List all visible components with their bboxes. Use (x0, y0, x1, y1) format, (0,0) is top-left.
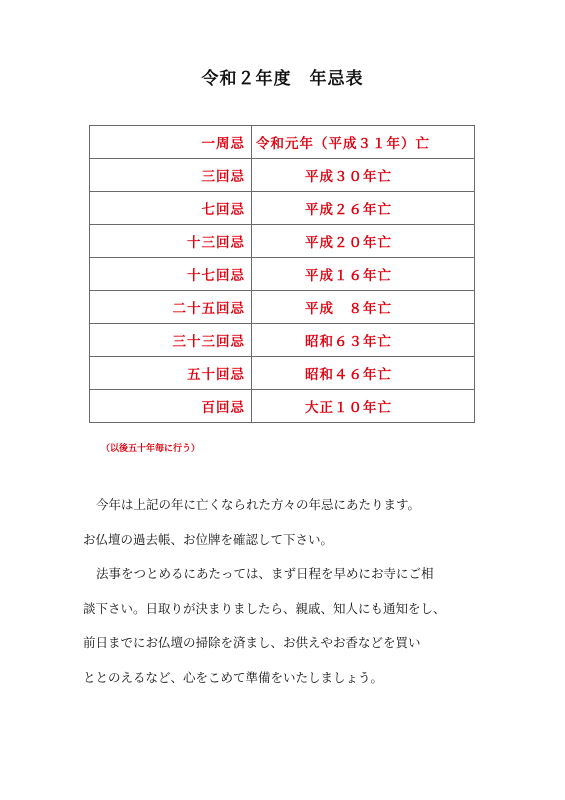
body-line: 前日までにお仏壇の掃除を済まし、お供えやお香などを買い (83, 626, 503, 661)
memorial-year: 平成３０年亡 (252, 159, 475, 192)
memorial-name: 二十五回忌 (90, 291, 252, 324)
table-row: 一周忌 令和元年（平成３１年）亡 (90, 126, 475, 159)
table-row: 二十五回忌 平成 ８年亡 (90, 291, 475, 324)
memorial-name: 十七回忌 (90, 258, 252, 291)
memorial-year: 平成 ８年亡 (252, 291, 475, 324)
body-text: 今年は上記の年に亡くなられた方々の年忌にあたります。 お仏壇の過去帳、お位牌を確… (83, 488, 503, 696)
table-row: 五十回忌 昭和４６年亡 (90, 357, 475, 390)
memorial-name: 七回忌 (90, 192, 252, 225)
table-footnote: （以後五十年毎に行う） (101, 441, 200, 454)
memorial-year: 大正１０年亡 (252, 390, 475, 423)
memorial-year: 平成２０年亡 (252, 225, 475, 258)
table-row: 百回忌 大正１０年亡 (90, 390, 475, 423)
memorial-name: 百回忌 (90, 390, 252, 423)
memorial-name: 十三回忌 (90, 225, 252, 258)
table-row: 十七回忌 平成１６年亡 (90, 258, 475, 291)
memorial-year: 昭和６３年亡 (252, 324, 475, 357)
memorial-year: 平成２６年亡 (252, 192, 475, 225)
memorial-name: 五十回忌 (90, 357, 252, 390)
memorial-year: 平成１６年亡 (252, 258, 475, 291)
table-row: 七回忌 平成２６年亡 (90, 192, 475, 225)
table-row: 三回忌 平成３０年亡 (90, 159, 475, 192)
memorial-table: 一周忌 令和元年（平成３１年）亡 三回忌 平成３０年亡 七回忌 平成２６年亡 十… (89, 125, 475, 423)
table-row: 十三回忌 平成２０年亡 (90, 225, 475, 258)
memorial-year: 昭和４６年亡 (252, 357, 475, 390)
body-line: 談下さい。日取りが決まりましたら、親戚、知人にも通知をし、 (83, 592, 503, 627)
memorial-year: 令和元年（平成３１年）亡 (252, 126, 475, 159)
page-title: 令和２年度 年忌表 (0, 64, 565, 89)
table-row: 三十三回忌 昭和６３年亡 (90, 324, 475, 357)
body-line: 今年は上記の年に亡くなられた方々の年忌にあたります。 (83, 488, 503, 523)
memorial-name: 三十三回忌 (90, 324, 252, 357)
body-line: ととのえるなど、心をこめて準備をいたしましょう。 (83, 661, 503, 696)
memorial-name: 一周忌 (90, 126, 252, 159)
memorial-name: 三回忌 (90, 159, 252, 192)
body-line: 法事をつとめるにあたっては、まず日程を早めにお寺にご相 (83, 557, 503, 592)
body-line: お仏壇の過去帳、お位牌を確認して下さい。 (83, 523, 503, 558)
